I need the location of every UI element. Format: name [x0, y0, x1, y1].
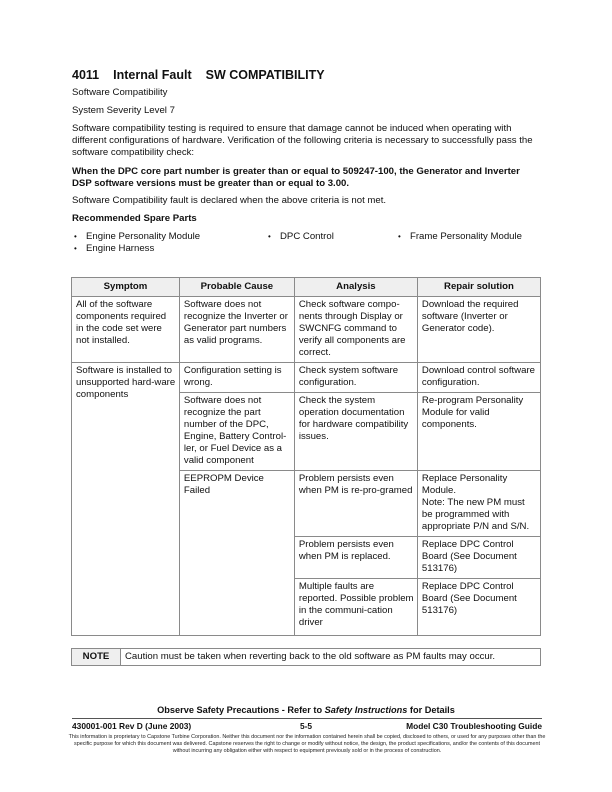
- spare-parts-heading: Recommended Spare Parts: [72, 213, 542, 225]
- analysis-cell: Problem persists even when PM is re-pro-…: [294, 471, 417, 537]
- repair-cell: Download control software configuration.: [417, 363, 540, 393]
- fault-category: Internal Fault: [113, 68, 191, 82]
- column-header-analysis: Analysis: [294, 278, 417, 297]
- repair-note: Note: The new PM must be programmed with…: [422, 497, 537, 533]
- safety-banner: Observe Safety Precautions - Refer to Sa…: [0, 705, 612, 715]
- bullet-icon: •: [74, 243, 86, 255]
- intro-paragraph: Software compatibility testing is requir…: [72, 123, 542, 159]
- cause-cell: Configuration setting is wrong.: [179, 363, 294, 393]
- fault-code: 4011: [72, 68, 99, 82]
- table-row: Software is installed to unsupported har…: [72, 363, 541, 393]
- list-item: •Engine Personality Module: [74, 231, 200, 243]
- bullet-icon: •: [398, 231, 410, 243]
- cause-cell: Software does not recognize the part num…: [179, 393, 294, 471]
- troubleshooting-table: Symptom Probable Cause Analysis Repair s…: [71, 277, 541, 636]
- legal-notice: This information is proprietary to Capst…: [68, 734, 546, 755]
- cause-cell: Software does not recognize the Inverter…: [179, 297, 294, 363]
- table-row: All of the software components required …: [72, 297, 541, 363]
- analysis-cell: Check software compo-nents through Displ…: [294, 297, 417, 363]
- note-label: NOTE: [72, 649, 121, 666]
- guide-title: Model C30 Troubleshooting Guide: [406, 721, 542, 731]
- bullet-icon: •: [74, 231, 86, 243]
- note-box: NOTE Caution must be taken when revertin…: [71, 648, 541, 666]
- symptom-cell: Software is installed to unsupported har…: [72, 363, 180, 636]
- analysis-cell: Multiple faults are reported. Possible p…: [294, 579, 417, 636]
- bullet-icon: •: [268, 231, 280, 243]
- list-item: •Engine Harness: [74, 243, 154, 255]
- note-text: Caution must be taken when reverting bac…: [121, 649, 541, 666]
- repair-cell: Replace Personality Module.Note: The new…: [417, 471, 540, 537]
- document-page: 4011Internal FaultSW COMPATIBILITY Softw…: [0, 0, 612, 792]
- repair-cell: Replace DPC Control Board (See Document …: [417, 579, 540, 636]
- analysis-cell: Check system software configuration.: [294, 363, 417, 393]
- repair-cell: Replace DPC Control Board (See Document …: [417, 537, 540, 579]
- severity-level: System Severity Level 7: [72, 105, 542, 117]
- column-header-repair: Repair solution: [417, 278, 540, 297]
- declared-paragraph: Software Compatibility fault is declared…: [72, 195, 542, 207]
- column-header-symptom: Symptom: [72, 278, 180, 297]
- analysis-cell: Check the system operation documentation…: [294, 393, 417, 471]
- analysis-cell: Problem persists even when PM is replace…: [294, 537, 417, 579]
- list-item: •Frame Personality Module: [398, 231, 522, 243]
- table-header-row: Symptom Probable Cause Analysis Repair s…: [72, 278, 541, 297]
- criteria-paragraph: When the DPC core part number is greater…: [72, 166, 542, 190]
- repair-cell: Download the required software (Inverter…: [417, 297, 540, 363]
- subtitle: Software Compatibility: [72, 87, 542, 99]
- symptom-cell: All of the software components required …: [72, 297, 180, 363]
- repair-cell: Re-program Personality Module for valid …: [417, 393, 540, 471]
- list-item: •DPC Control: [268, 231, 334, 243]
- cause-cell: EEPROPM Device Failed: [179, 471, 294, 636]
- column-header-cause: Probable Cause: [179, 278, 294, 297]
- fault-name: SW COMPATIBILITY: [206, 68, 325, 82]
- footer-rule: [72, 718, 542, 719]
- fault-title: 4011Internal FaultSW COMPATIBILITY: [72, 68, 325, 82]
